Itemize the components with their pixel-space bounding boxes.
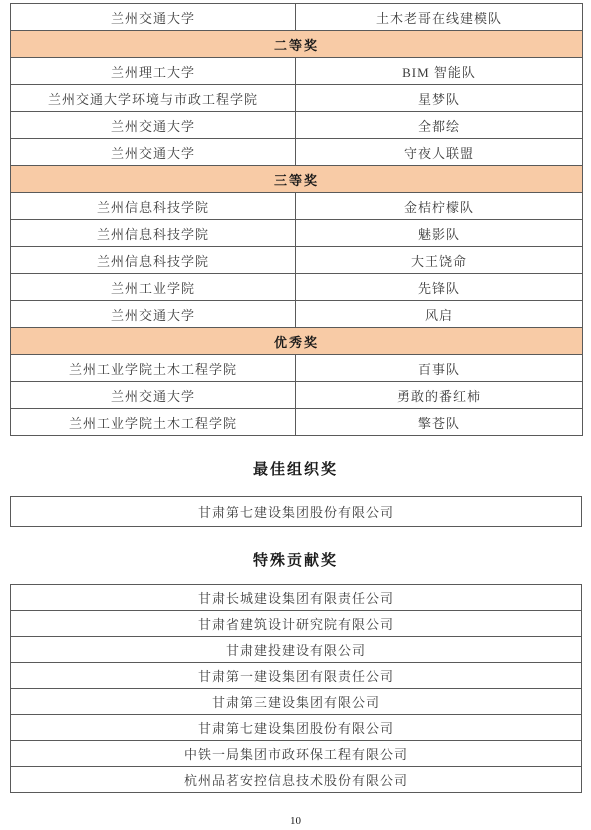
company-row: 杭州品茗安控信息技术股份有限公司 <box>11 767 582 793</box>
special-contribution-table-body: 甘肃长城建设集团有限责任公司甘肃省建筑设计研究院有限公司甘肃建投建设有限公司甘肃… <box>11 585 582 793</box>
organization-cell: 兰州交通大学 <box>11 4 296 31</box>
award-entry-row: 兰州信息科技学院金桔柠檬队 <box>11 193 583 220</box>
team-cell: 勇敢的番红柿 <box>296 382 583 409</box>
award-entry-row: 兰州信息科技学院大王饶命 <box>11 247 583 274</box>
award-entry-row: 兰州交通大学环境与市政工程学院星梦队 <box>11 85 583 112</box>
company-row: 中铁一局集团市政环保工程有限公司 <box>11 741 582 767</box>
special-contribution-heading: 特殊贡献奖 <box>0 551 591 571</box>
award-band-label: 二等奖 <box>11 31 583 58</box>
team-cell: 大王饶命 <box>296 247 583 274</box>
organization-cell: 兰州信息科技学院 <box>11 193 296 220</box>
special-contribution-table: 甘肃长城建设集团有限责任公司甘肃省建筑设计研究院有限公司甘肃建投建设有限公司甘肃… <box>10 584 582 793</box>
organization-cell: 兰州交通大学环境与市政工程学院 <box>11 85 296 112</box>
organization-cell: 兰州交通大学 <box>11 301 296 328</box>
award-entry-row: 兰州理工大学BIM 智能队 <box>11 58 583 85</box>
award-band-label: 优秀奖 <box>11 328 583 355</box>
best-organization-table: 甘肃第七建设集团股份有限公司 <box>10 496 582 527</box>
award-band-row: 三等奖 <box>11 166 583 193</box>
award-band-row: 二等奖 <box>11 31 583 58</box>
team-cell: BIM 智能队 <box>296 58 583 85</box>
team-cell: 魅影队 <box>296 220 583 247</box>
page-number: 10 <box>0 815 591 827</box>
company-cell: 甘肃第三建设集团有限公司 <box>11 689 582 715</box>
team-cell: 百事队 <box>296 355 583 382</box>
organization-cell: 兰州信息科技学院 <box>11 247 296 274</box>
company-row: 甘肃第一建设集团有限责任公司 <box>11 663 582 689</box>
team-cell: 土木老哥在线建模队 <box>296 4 583 31</box>
award-band-label: 三等奖 <box>11 166 583 193</box>
company-cell: 甘肃第七建设集团股份有限公司 <box>11 715 582 741</box>
awards-table-body: 兰州交通大学土木老哥在线建模队二等奖兰州理工大学BIM 智能队兰州交通大学环境与… <box>11 4 583 436</box>
award-entry-row: 兰州信息科技学院魅影队 <box>11 220 583 247</box>
company-cell: 甘肃第一建设集团有限责任公司 <box>11 663 582 689</box>
award-band-row: 优秀奖 <box>11 328 583 355</box>
company-row: 甘肃第七建设集团股份有限公司 <box>11 715 582 741</box>
organization-cell: 兰州信息科技学院 <box>11 220 296 247</box>
company-row: 甘肃第七建设集团股份有限公司 <box>11 497 582 527</box>
team-cell: 星梦队 <box>296 85 583 112</box>
award-entry-row: 兰州工业学院先锋队 <box>11 274 583 301</box>
award-entry-row: 兰州交通大学风启 <box>11 301 583 328</box>
award-entry-row: 兰州交通大学勇敢的番红柿 <box>11 382 583 409</box>
company-cell: 甘肃第七建设集团股份有限公司 <box>11 497 582 527</box>
organization-cell: 兰州交通大学 <box>11 139 296 166</box>
best-organization-heading: 最佳组织奖 <box>0 460 591 480</box>
document-page: 兰州交通大学土木老哥在线建模队二等奖兰州理工大学BIM 智能队兰州交通大学环境与… <box>0 3 591 830</box>
company-row: 甘肃长城建设集团有限责任公司 <box>11 585 582 611</box>
company-cell: 杭州品茗安控信息技术股份有限公司 <box>11 767 582 793</box>
company-cell: 甘肃长城建设集团有限责任公司 <box>11 585 582 611</box>
team-cell: 擎苍队 <box>296 409 583 436</box>
company-cell: 甘肃建投建设有限公司 <box>11 637 582 663</box>
organization-cell: 兰州交通大学 <box>11 112 296 139</box>
award-entry-row: 兰州交通大学土木老哥在线建模队 <box>11 4 583 31</box>
team-cell: 风启 <box>296 301 583 328</box>
organization-cell: 兰州理工大学 <box>11 58 296 85</box>
organization-cell: 兰州工业学院土木工程学院 <box>11 355 296 382</box>
award-entry-row: 兰州工业学院土木工程学院擎苍队 <box>11 409 583 436</box>
team-cell: 先锋队 <box>296 274 583 301</box>
award-entry-row: 兰州交通大学守夜人联盟 <box>11 139 583 166</box>
awards-table: 兰州交通大学土木老哥在线建模队二等奖兰州理工大学BIM 智能队兰州交通大学环境与… <box>10 3 583 436</box>
team-cell: 守夜人联盟 <box>296 139 583 166</box>
organization-cell: 兰州交通大学 <box>11 382 296 409</box>
company-row: 甘肃第三建设集团有限公司 <box>11 689 582 715</box>
company-row: 甘肃省建筑设计研究院有限公司 <box>11 611 582 637</box>
organization-cell: 兰州工业学院土木工程学院 <box>11 409 296 436</box>
company-row: 甘肃建投建设有限公司 <box>11 637 582 663</box>
team-cell: 全都绘 <box>296 112 583 139</box>
award-entry-row: 兰州工业学院土木工程学院百事队 <box>11 355 583 382</box>
company-cell: 甘肃省建筑设计研究院有限公司 <box>11 611 582 637</box>
best-organization-table-body: 甘肃第七建设集团股份有限公司 <box>11 497 582 527</box>
team-cell: 金桔柠檬队 <box>296 193 583 220</box>
company-cell: 中铁一局集团市政环保工程有限公司 <box>11 741 582 767</box>
organization-cell: 兰州工业学院 <box>11 274 296 301</box>
award-entry-row: 兰州交通大学全都绘 <box>11 112 583 139</box>
